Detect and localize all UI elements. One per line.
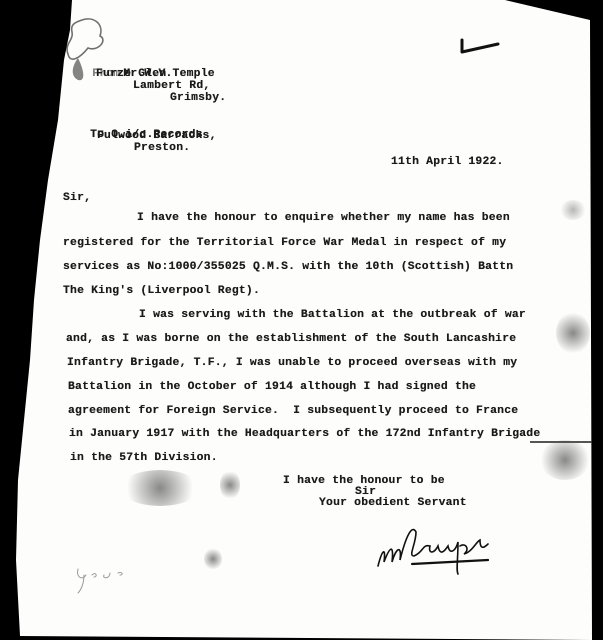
salutation: Sir, [63, 192, 91, 204]
paragraph-line: Infantry Brigade, T.F., I was unable to … [67, 357, 517, 369]
paragraph-line: in the 57th Division. [70, 452, 218, 464]
ink-speckle [204, 548, 222, 570]
sender-address-line: Lambert Rd, [133, 80, 210, 92]
ink-speckle [120, 470, 200, 506]
ink-speckle [556, 312, 590, 354]
paragraph-line: Battalion in the October of 1914 althoug… [68, 381, 476, 393]
paragraph-line: I have the honour to enquire whether my … [137, 212, 510, 224]
smudge-line [530, 441, 592, 443]
ink-speckle [220, 470, 240, 500]
sender-address-line: Grimsby. [170, 92, 226, 104]
letter-date: 11th April 1922. [391, 156, 504, 168]
paragraph-line: in January 1917 with the Headquarters of… [69, 428, 540, 440]
sender-address-line: Furze Glen [96, 68, 166, 80]
recipient-address-line: Fulwood Barracks, [97, 130, 217, 142]
checkmark-icon [458, 36, 502, 58]
paragraph-line: services as No:1000/355025 Q.M.S. with t… [63, 261, 513, 273]
paragraph-line: I was serving with the Battalion at the … [139, 309, 526, 321]
ink-speckle [560, 200, 586, 220]
recipient-address-line: Preston. [134, 142, 190, 154]
paragraph-line: and, as I was borne on the establishment… [66, 333, 516, 345]
paragraph-line: agreement for Foreign Service. I subsequ… [68, 405, 518, 417]
pencil-note-icon [72, 563, 142, 595]
paragraph-line: registered for the Territorial Force War… [63, 237, 506, 249]
paragraph-line: The King's (Liverpool Regt). [63, 285, 260, 297]
signature-icon [372, 516, 492, 576]
ink-speckle [540, 440, 590, 480]
closing-line: Your obedient Servant [319, 497, 467, 509]
letter-page: FromMr.W.V.Temple Furze Glen Lambert Rd,… [0, 0, 603, 640]
